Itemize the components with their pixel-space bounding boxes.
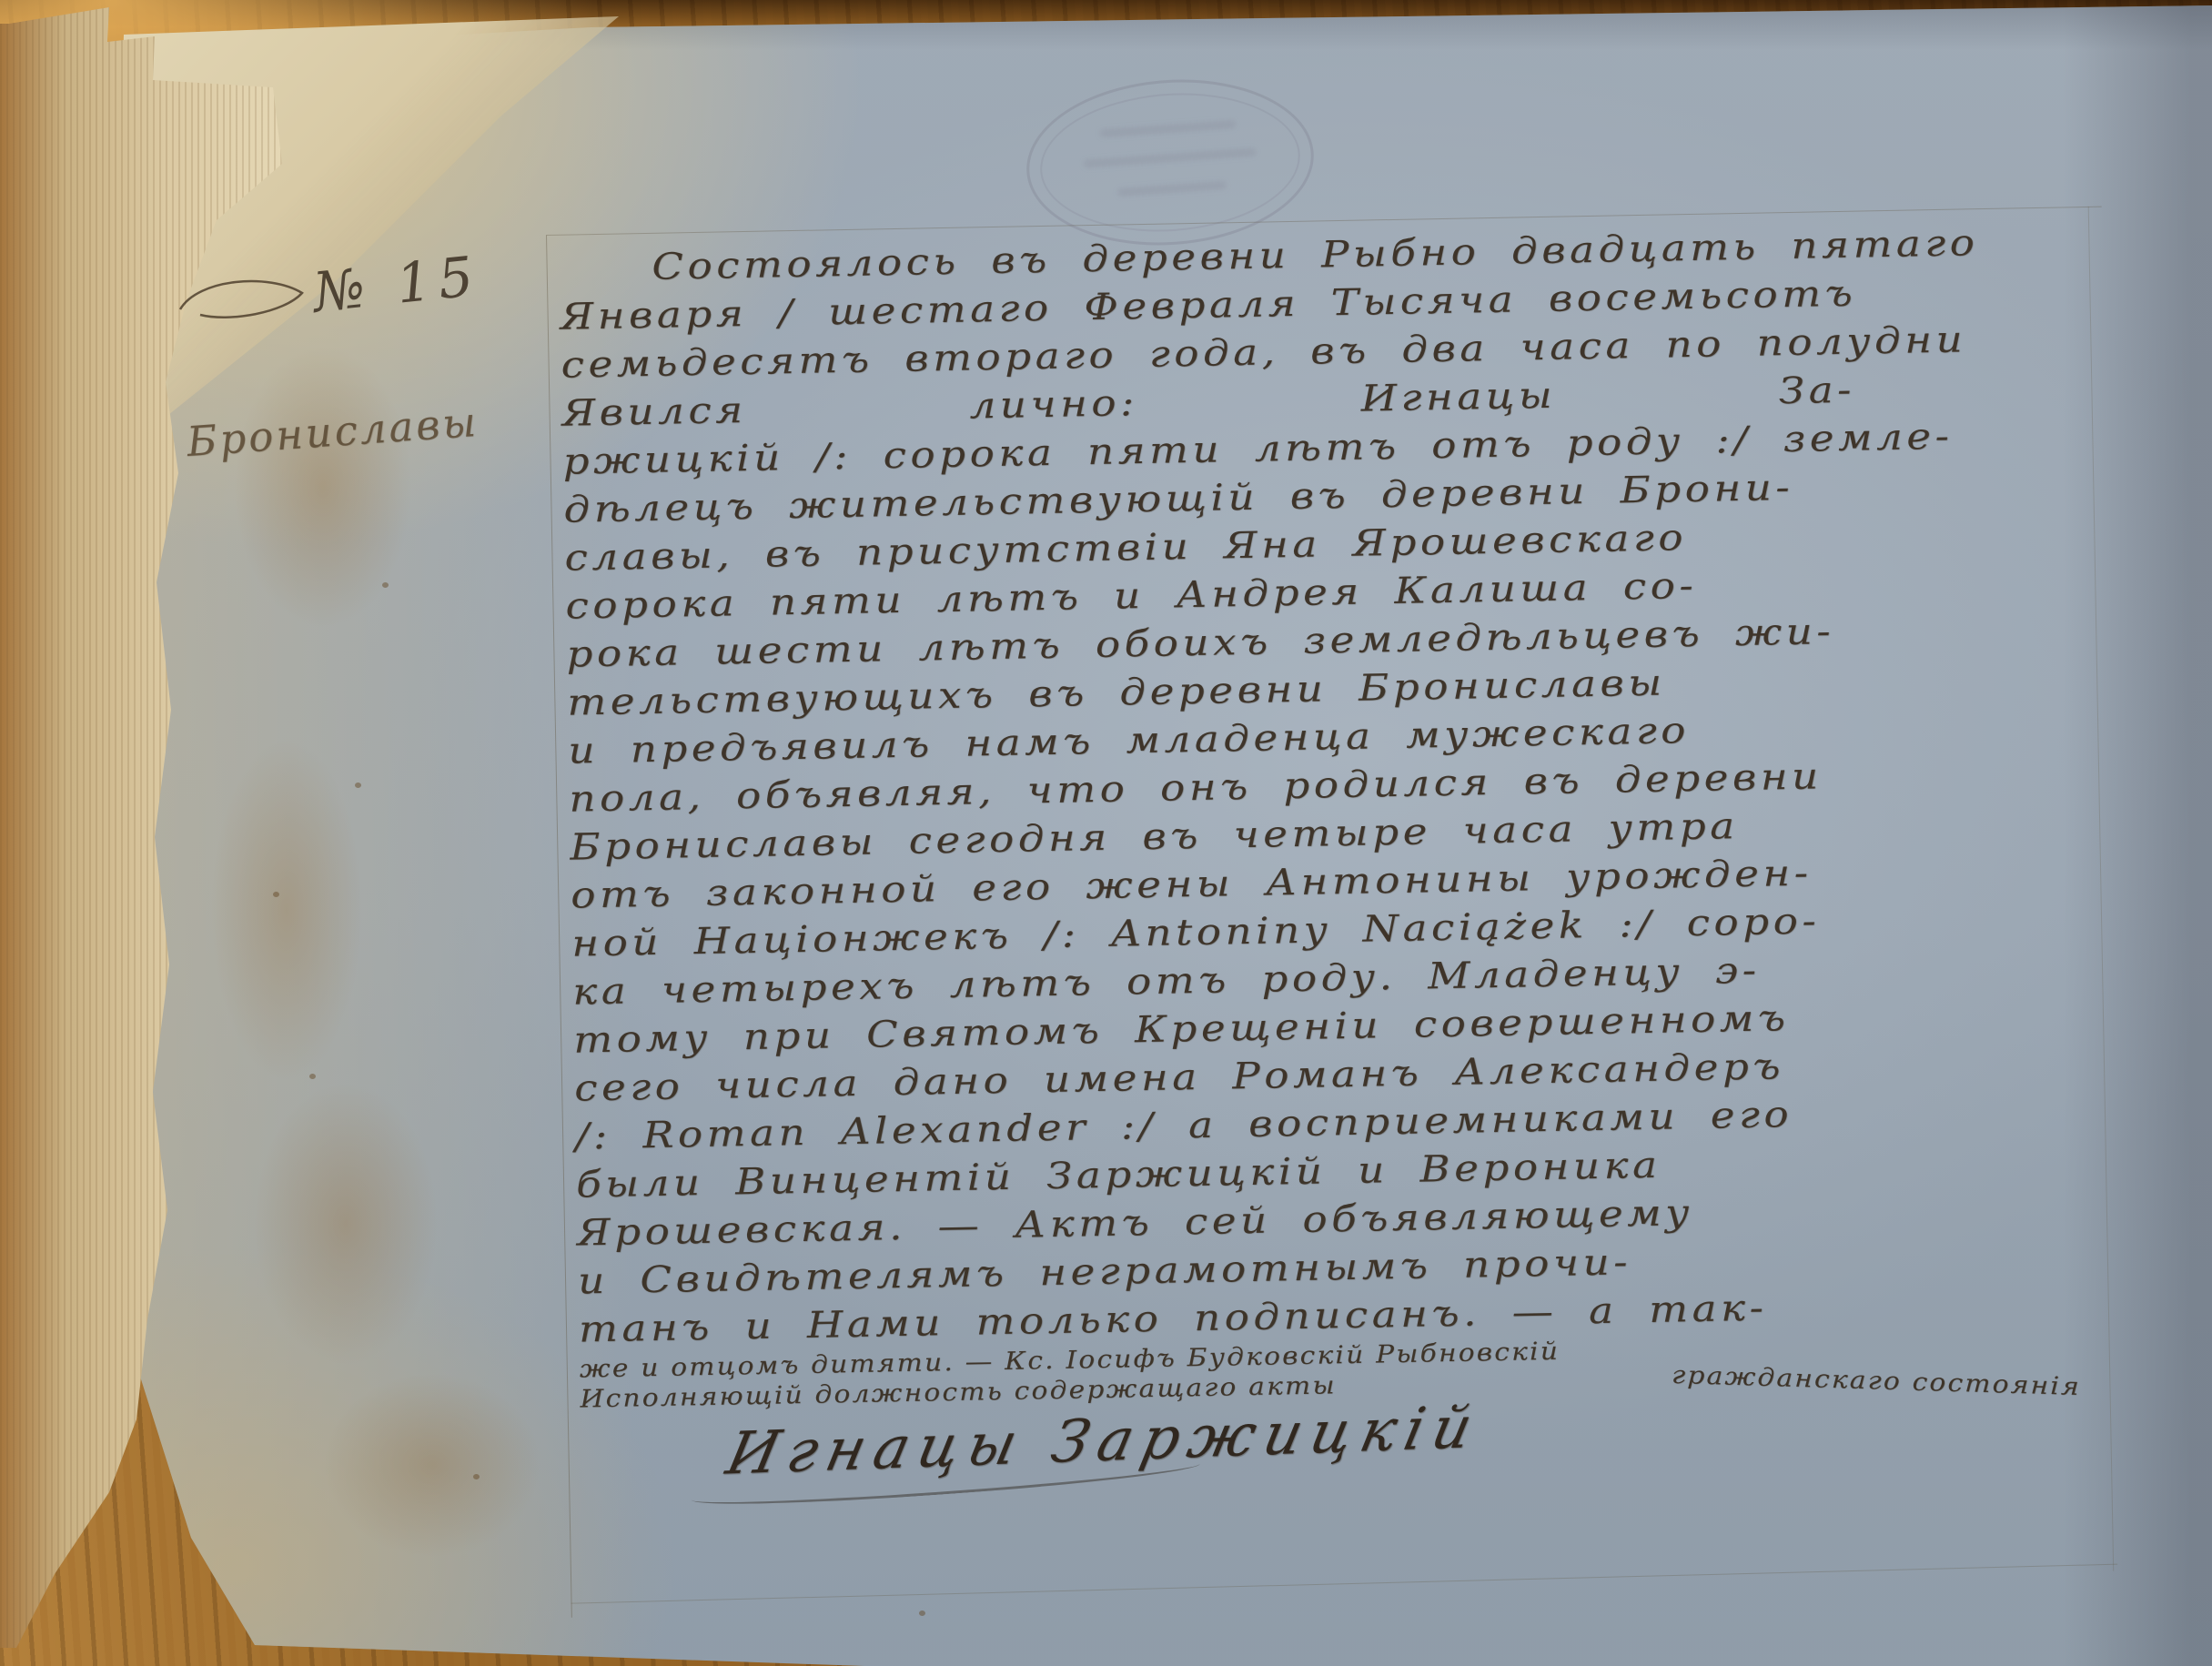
foxing-speck [919, 1610, 925, 1616]
record-text-block: Состоялось въ деревни Рыбно двадцать пят… [546, 207, 2127, 1618]
foxing-speck [382, 582, 389, 588]
oval-stamp-inner-ring [1035, 85, 1305, 240]
handwritten-record: Состоялось въ деревни Рыбно двадцать пят… [559, 217, 2092, 1500]
foxing-speck [473, 1474, 480, 1479]
foxing-speck [309, 1074, 316, 1079]
metrical-book-photo: № 15 Брониславы Состоялось въ деревни Ры… [0, 0, 2212, 1666]
margin-flourish-icon [175, 269, 320, 333]
foxing-speck [355, 783, 361, 788]
foxing-speck [273, 892, 279, 897]
paper-stain [282, 1338, 582, 1592]
